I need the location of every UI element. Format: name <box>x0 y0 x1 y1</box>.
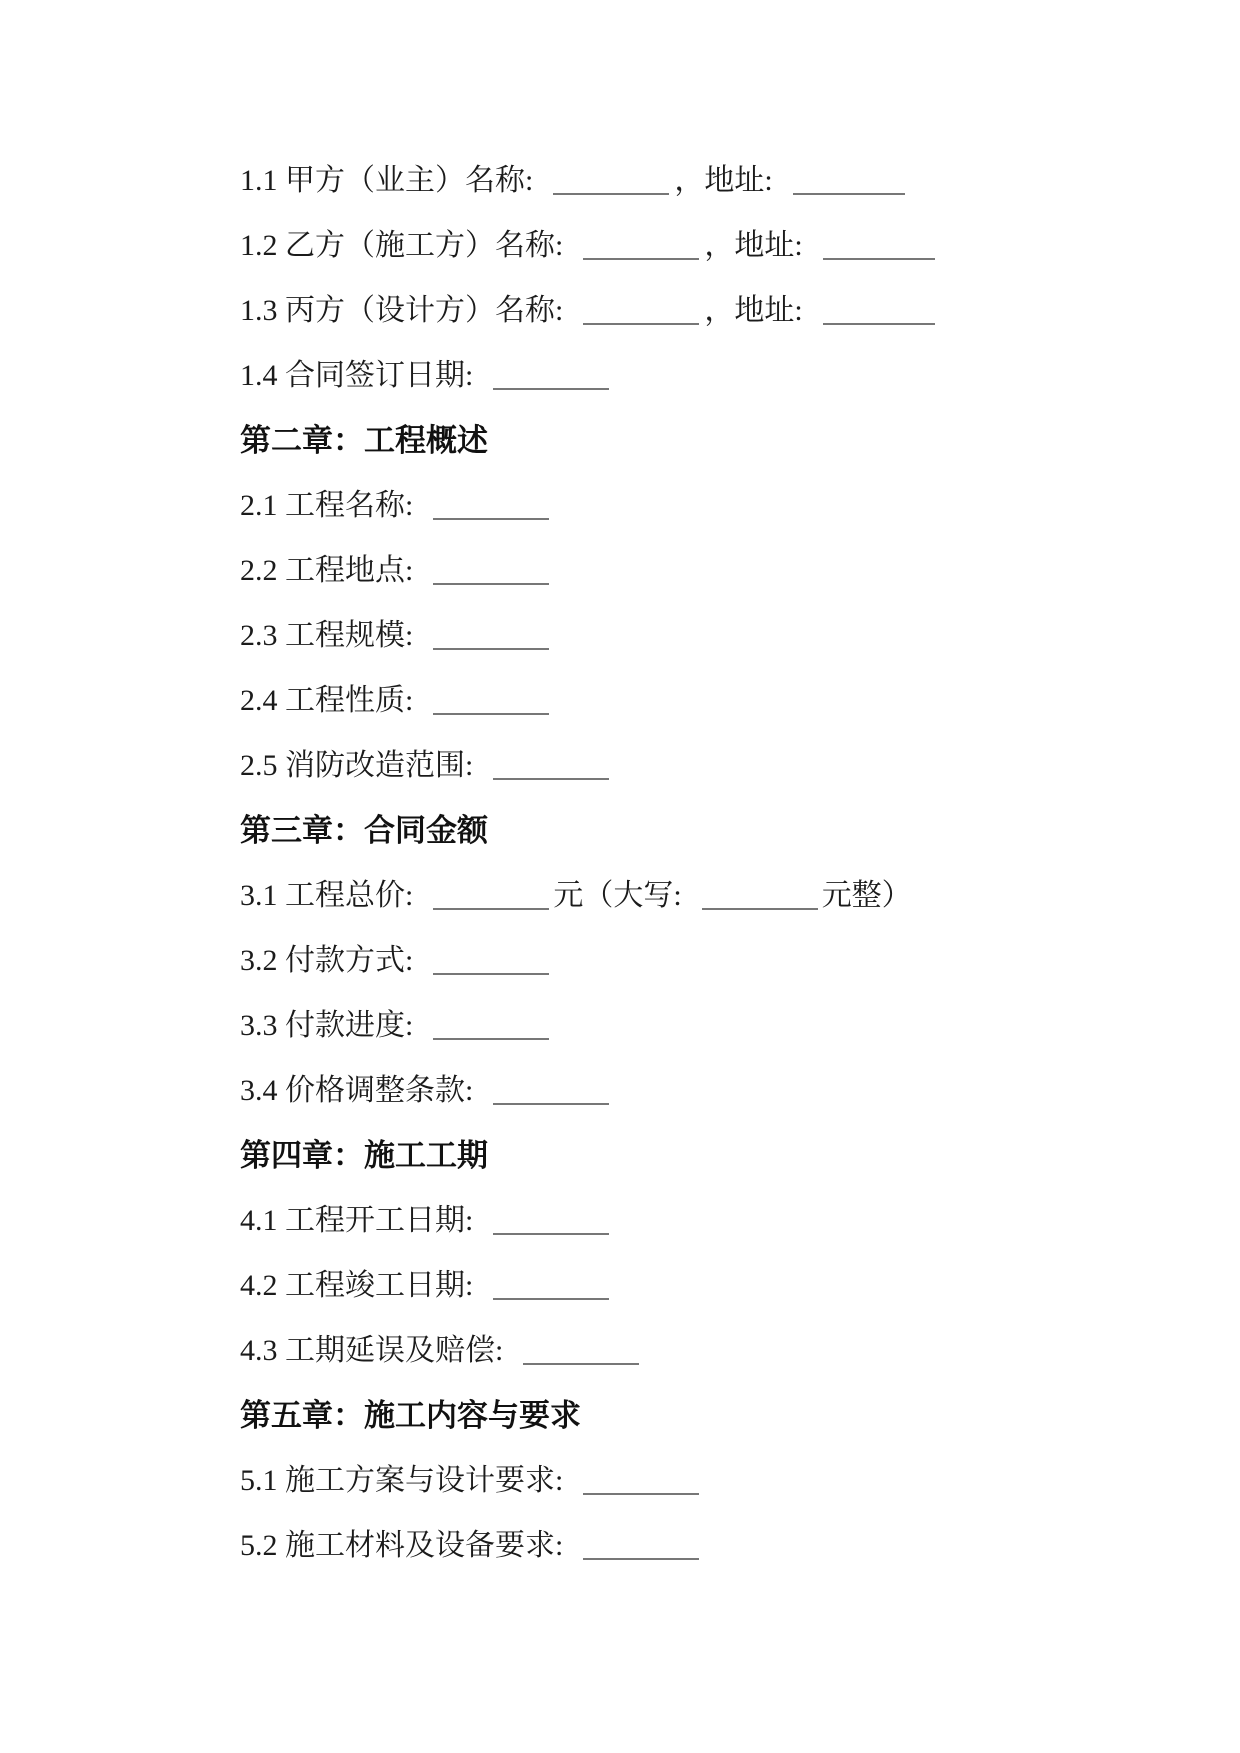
contract-line-1-3: 1.3 丙方（设计方）名称:，地址: <box>240 278 1200 343</box>
chapter-heading-text: 第二章：工程概述 <box>240 423 488 458</box>
contract-line-4-2: 4.2 工程竣工日期: <box>240 1253 1200 1318</box>
line-label: 3.4 价格调整条款: <box>240 1074 473 1107</box>
line-label: 4.1 工程开工日期: <box>240 1204 473 1237</box>
line-label: 5.2 施工材料及设备要求: <box>240 1529 563 1562</box>
chapter-5-heading: 第五章：施工内容与要求 <box>240 1383 1200 1448</box>
blank-field-project-scale <box>433 648 549 650</box>
contract-line-1-2: 1.2 乙方（施工方）名称:，地址: <box>240 213 1200 278</box>
line-label: 2.2 工程地点: <box>240 554 413 587</box>
line-label: 1.3 丙方（设计方）名称: <box>240 294 563 327</box>
contract-line-4-3: 4.3 工期延误及赔偿: <box>240 1318 1200 1383</box>
blank-field-design-requirements <box>583 1493 699 1495</box>
line-label-yuan-suffix: 元整） <box>822 879 912 912</box>
blank-field-party-c-name <box>583 323 699 325</box>
blank-field-party-a-name <box>553 193 669 195</box>
chapter-heading-text: 第五章：施工内容与要求 <box>240 1398 581 1433</box>
line-label: 3.3 付款进度: <box>240 1009 413 1042</box>
line-label: 1.4 合同签订日期: <box>240 359 473 392</box>
chapter-2-heading: 第二章：工程概述 <box>240 408 1200 473</box>
line-label-capital-amount: 元（大写: <box>553 879 681 912</box>
contract-line-2-5: 2.5 消防改造范围: <box>240 733 1200 798</box>
line-label: 5.1 施工方案与设计要求: <box>240 1464 563 1497</box>
chapter-heading-text: 第四章：施工工期 <box>240 1138 488 1173</box>
blank-field-project-location <box>433 583 549 585</box>
blank-field-total-price-capital <box>702 908 818 910</box>
blank-field-sign-date <box>493 388 609 390</box>
line-label: 2.4 工程性质: <box>240 684 413 717</box>
contract-line-3-4: 3.4 价格调整条款: <box>240 1058 1200 1123</box>
line-label-address: ，地址: <box>704 294 802 327</box>
contract-line-3-2: 3.2 付款方式: <box>240 928 1200 993</box>
line-label: 4.3 工期延误及赔偿: <box>240 1334 503 1367</box>
blank-field-start-date <box>493 1233 609 1235</box>
contract-line-2-4: 2.4 工程性质: <box>240 668 1200 733</box>
blank-field-project-nature <box>433 713 549 715</box>
contract-body: 1.1 甲方（业主）名称:，地址: 1.2 乙方（施工方）名称:，地址: 1.3… <box>0 0 1240 1578</box>
blank-field-party-b-name <box>583 258 699 260</box>
contract-line-4-1: 4.1 工程开工日期: <box>240 1188 1200 1253</box>
blank-field-payment-method <box>433 973 549 975</box>
blank-field-renovation-scope <box>493 778 609 780</box>
contract-line-2-1: 2.1 工程名称: <box>240 473 1200 538</box>
blank-field-price-adjustment <box>493 1103 609 1105</box>
line-label-address: ，地址: <box>704 229 802 262</box>
line-label: 3.2 付款方式: <box>240 944 413 977</box>
contract-line-1-4: 1.4 合同签订日期: <box>240 343 1200 408</box>
blank-field-completion-date <box>493 1298 609 1300</box>
chapter-4-heading: 第四章：施工工期 <box>240 1123 1200 1188</box>
blank-field-material-requirements <box>583 1558 699 1560</box>
contract-line-2-2: 2.2 工程地点: <box>240 538 1200 603</box>
blank-field-total-price <box>433 908 549 910</box>
contract-line-1-1: 1.1 甲方（业主）名称:，地址: <box>240 148 1200 213</box>
line-label: 2.5 消防改造范围: <box>240 749 473 782</box>
line-label: 1.2 乙方（施工方）名称: <box>240 229 563 262</box>
chapter-3-heading: 第三章：合同金额 <box>240 798 1200 863</box>
blank-field-party-c-address <box>823 323 935 325</box>
contract-document-page: 1.1 甲方（业主）名称:，地址: 1.2 乙方（施工方）名称:，地址: 1.3… <box>0 0 1240 1753</box>
contract-line-5-2: 5.2 施工材料及设备要求: <box>240 1513 1200 1578</box>
blank-field-payment-schedule <box>433 1038 549 1040</box>
line-label-address: ，地址: <box>674 164 772 197</box>
contract-line-5-1: 5.1 施工方案与设计要求: <box>240 1448 1200 1513</box>
contract-line-2-3: 2.3 工程规模: <box>240 603 1200 668</box>
contract-line-3-1: 3.1 工程总价:元（大写:元整） <box>240 863 1200 928</box>
line-label: 2.3 工程规模: <box>240 619 413 652</box>
blank-field-delay-compensation <box>523 1363 639 1365</box>
line-label: 4.2 工程竣工日期: <box>240 1269 473 1302</box>
blank-field-party-b-address <box>823 258 935 260</box>
contract-line-3-3: 3.3 付款进度: <box>240 993 1200 1058</box>
blank-field-party-a-address <box>793 193 905 195</box>
line-label: 1.1 甲方（业主）名称: <box>240 164 533 197</box>
blank-field-project-name <box>433 518 549 520</box>
line-label: 2.1 工程名称: <box>240 489 413 522</box>
line-label: 3.1 工程总价: <box>240 879 413 912</box>
chapter-heading-text: 第三章：合同金额 <box>240 813 488 848</box>
